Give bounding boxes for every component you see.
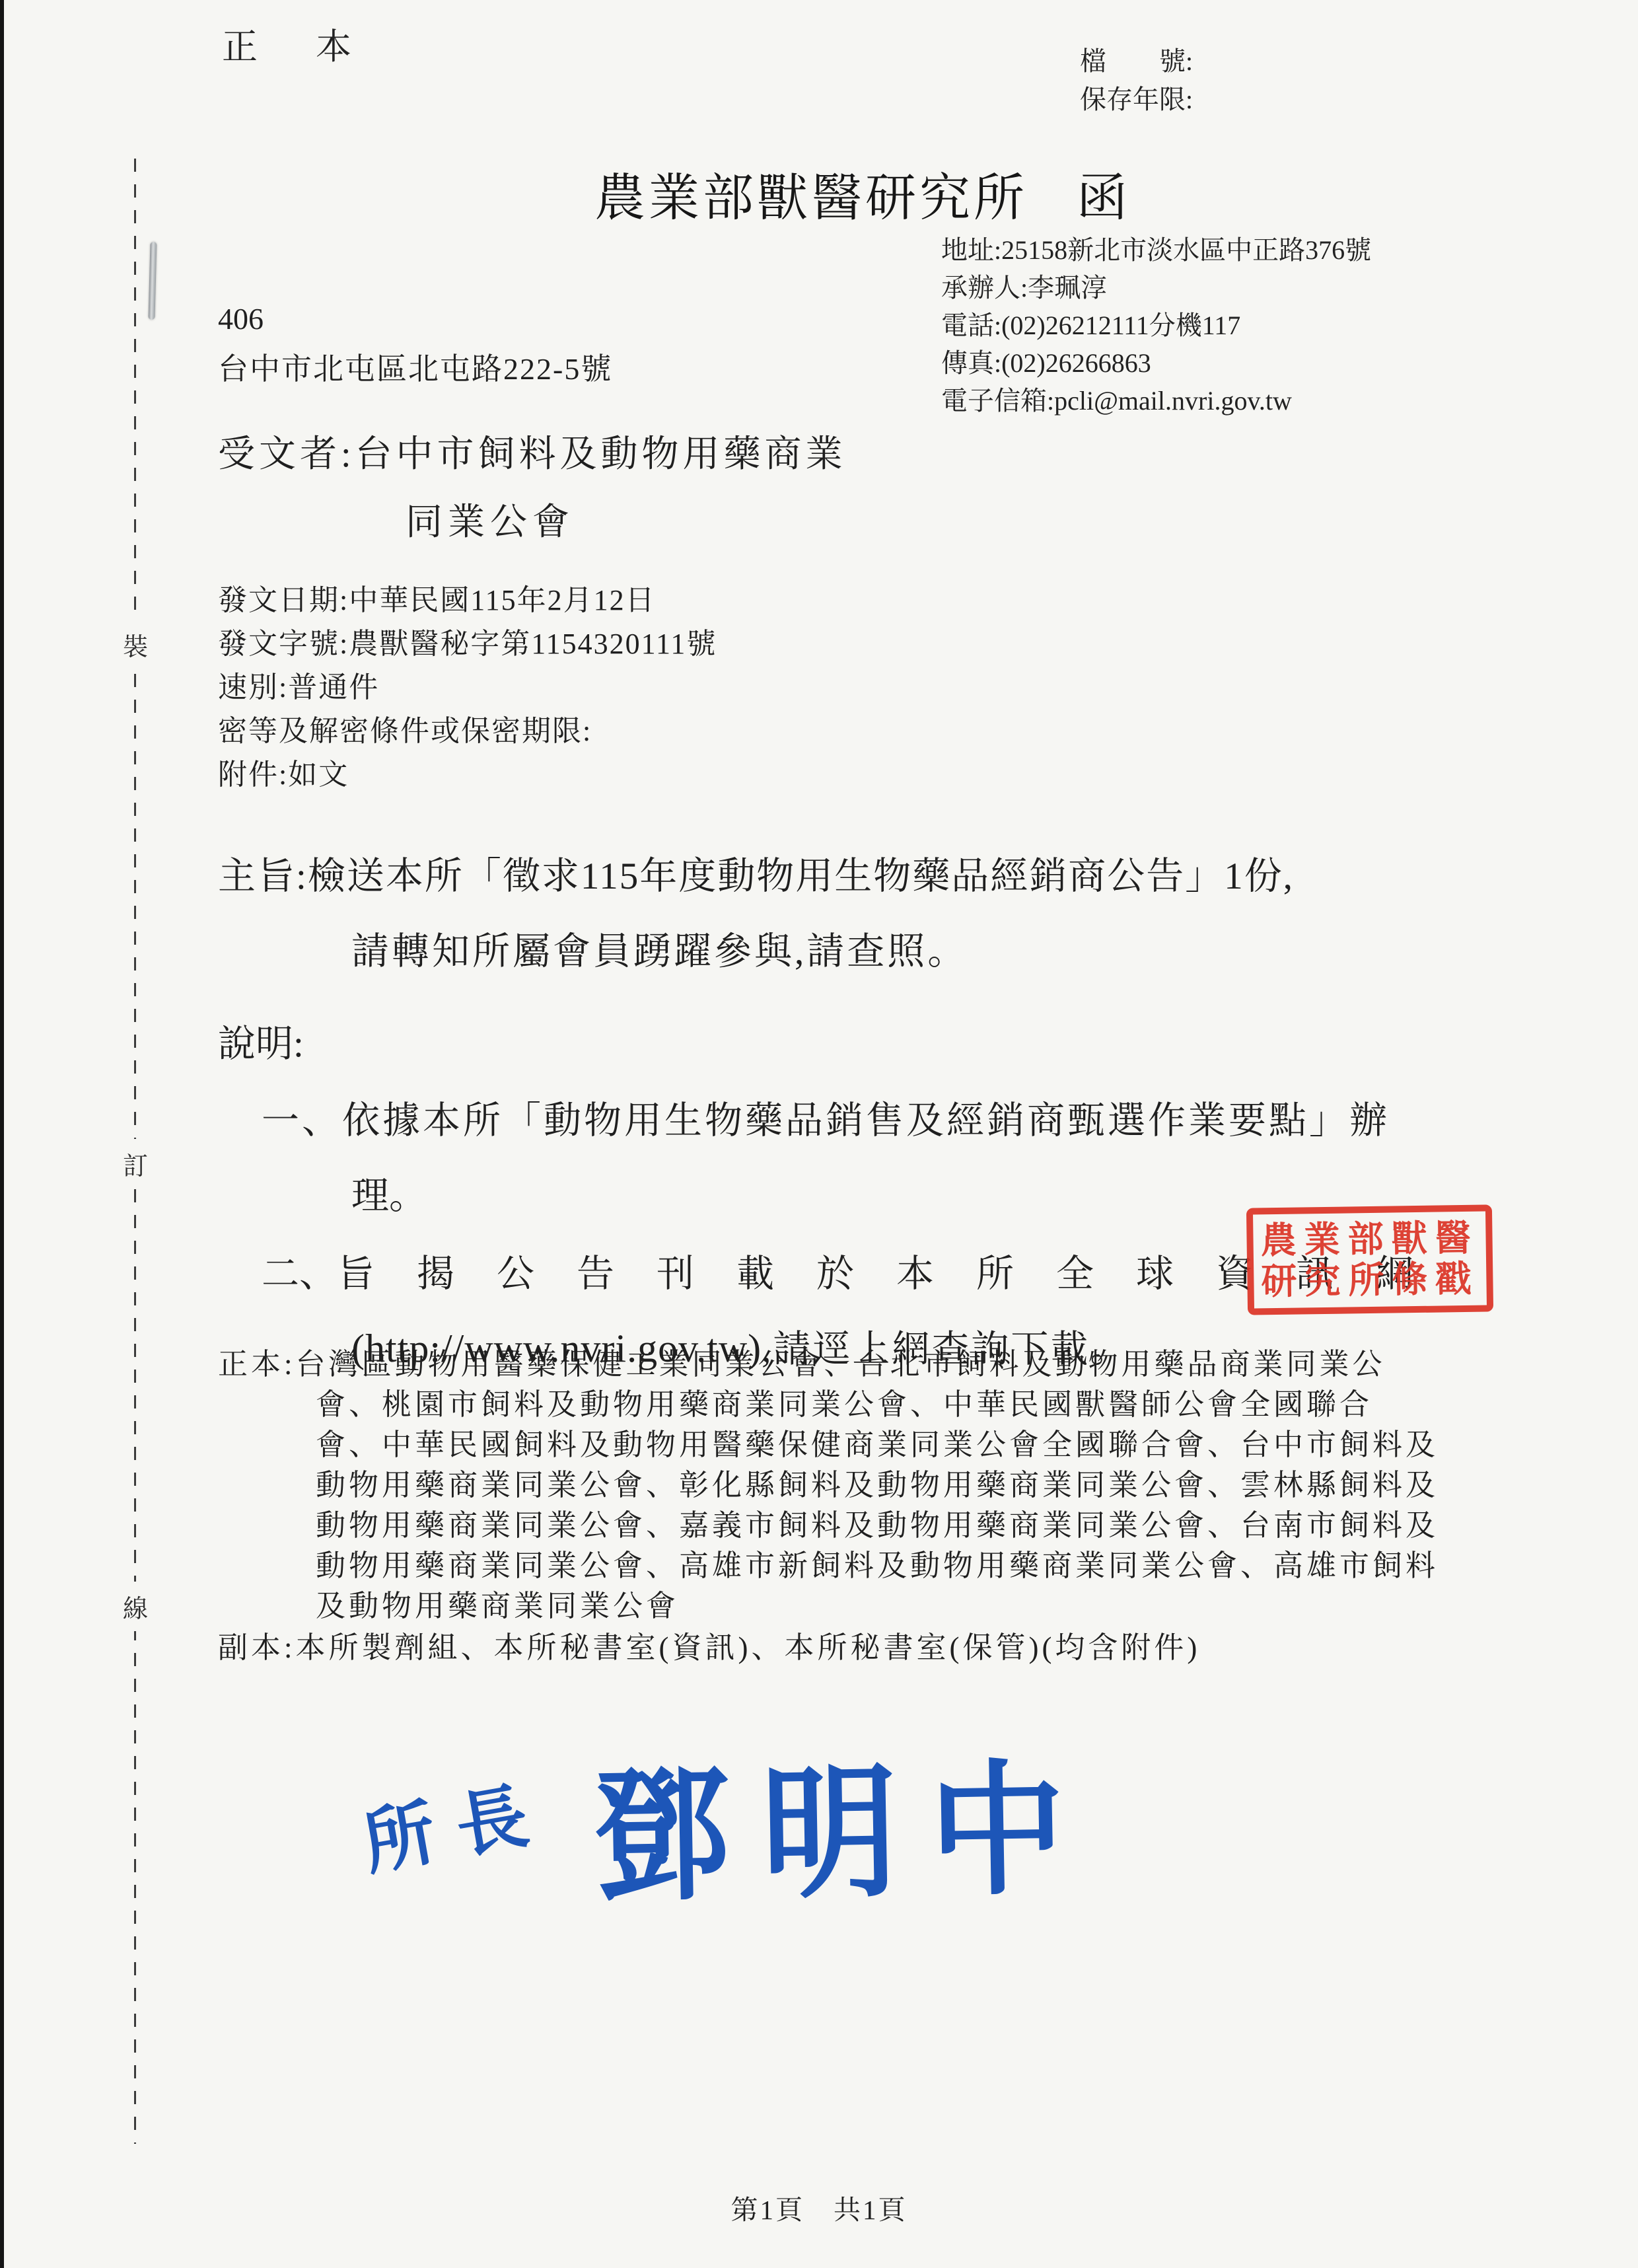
doc-type-label: 函: [1077, 170, 1131, 227]
copy-type-char2: 本: [316, 18, 351, 69]
speed-class: 速別:普通件: [218, 666, 717, 710]
contact-address: 地址:25158新北市淡水區中正路376號: [941, 231, 1371, 269]
binding-char-ding: 訂: [121, 1139, 150, 1189]
scanned-official-letter: 裝 訂 線 正 本 檔 號: 保存年限: 農業部獸醫研究所函 地址:25158新…: [0, 0, 1638, 2268]
copy-recipients-line: 副本:本所製劑組、本所秘書室(資訊)、本所秘書室(保管)(均含附件): [218, 1623, 1200, 1666]
stamp-row1: 農業部獸醫: [1253, 1217, 1486, 1262]
contact-person: 承辦人:李珮淳: [941, 269, 1371, 307]
page-number-footer: 第1頁 共1頁: [0, 2188, 1638, 2227]
retention-period-label: 保存年限:: [1080, 81, 1193, 119]
original-recipients-line5: 動物用藥商業同業公會、嘉義市飼料及動物用藥商業同業公會、台南市飼料及: [316, 1501, 1439, 1544]
subject-line2: 請轉知所屬會員踴躍參與,請查照。: [351, 921, 968, 975]
attachment-note: 附件:如文: [218, 753, 717, 797]
contact-fax: 傳真:(02)26266863: [941, 344, 1371, 382]
recipient-street-address: 台中市北屯區北屯路222-5號: [218, 345, 612, 388]
copy-type-char1: 正: [222, 18, 258, 69]
binding-char-xian: 線: [121, 1582, 150, 1631]
agency-name: 農業部獸醫研究所: [594, 170, 1028, 227]
scan-edge-shadow: [0, 0, 4, 2268]
issue-date: 發文日期:中華民國115年2月12日: [218, 579, 717, 622]
contact-phone: 電話:(02)26212111分機117: [941, 307, 1371, 344]
document-meta-block: 發文日期:中華民國115年2月12日 發文字號:農獸醫秘字第1154320111…: [218, 579, 717, 797]
contact-block: 地址:25158新北市淡水區中正路376號 承辦人:李珮淳 電話:(02)262…: [941, 231, 1371, 420]
signature-title: 所長: [355, 1755, 557, 1889]
original-recipients-line7: 及動物用藥商業同業公會: [316, 1582, 679, 1625]
staple: [148, 242, 157, 320]
official-seal-stamp: 農業部獸醫 研究所條戳: [1246, 1204, 1493, 1315]
stamp-row2: 研究所條戳: [1254, 1258, 1487, 1303]
subject-line1: 主旨:檢送本所「徵求115年度動物用生物藥品經銷商公告」1份,: [218, 846, 1294, 900]
signature-name: 鄧明中: [592, 1713, 1098, 1929]
original-recipients-line2: 會、桃園市飼料及動物用藥商業同業公會、中華民國獸醫師公會全國聯合: [316, 1380, 1372, 1423]
document-title: 農業部獸醫研究所函: [594, 157, 1131, 231]
contact-email: 電子信箱:pcli@mail.nvri.gov.tw: [941, 382, 1371, 420]
issue-number: 發文字號:農獸醫秘字第1154320111號: [218, 622, 717, 666]
original-recipients-line4: 動物用藥商業同業公會、彰化縣飼料及動物用藥商業同業公會、雲林縣飼料及: [316, 1461, 1439, 1504]
recipient-postal-code: 406: [218, 301, 264, 336]
explanation-label: 說明:: [218, 1013, 304, 1068]
recipient-line2: 同業公會: [406, 493, 575, 546]
original-recipients-line3: 會、中華民國飼料及動物用醫藥保健商業同業公會全國聯合會、台中市飼料及: [316, 1420, 1439, 1463]
item2-prefix: 二、: [262, 1253, 337, 1295]
recipient-line1: 受文者:台中市飼料及動物用藥商業: [218, 425, 847, 478]
explanation-item1-line2: 理。: [351, 1165, 427, 1220]
file-number-label: 檔 號:: [1080, 42, 1193, 81]
copy-type-label: 正 本: [222, 18, 351, 69]
security-class: 密等及解密條件或保密期限:: [218, 710, 717, 753]
binding-char-zhuang: 裝: [121, 620, 150, 669]
file-info-block: 檔 號: 保存年限:: [1080, 42, 1193, 119]
explanation-item1-line1: 一、依據本所「動物用生物藥品銷售及經銷商甄選作業要點」辦: [262, 1090, 1390, 1144]
original-recipients-line1: 正本:台灣區動物用醫藥保健工業同業公會、台北市飼料及動物用藥品商業同業公: [218, 1340, 1386, 1383]
original-recipients-line6: 動物用藥商業同業公會、高雄市新飼料及動物用藥商業同業公會、高雄市飼料: [316, 1541, 1439, 1584]
